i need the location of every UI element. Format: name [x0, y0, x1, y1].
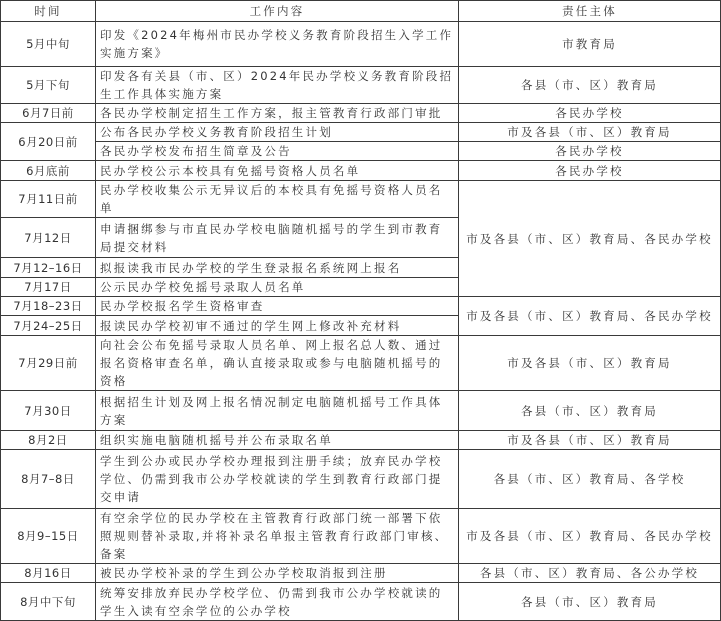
time-cell: 7月11日前 [1, 181, 96, 218]
time-cell: 5月中旬 [1, 22, 96, 67]
table-row: 7月29日前 向社会公布免摇号录取人员名单、网上报名总人数、通过报名资格审查名单… [1, 336, 721, 391]
task-cell: 公布各民办学校义务教育阶段招生计划 [96, 123, 459, 142]
responsible-cell: 市及各县（市、区）教育局、各民办学校 [459, 297, 721, 336]
table-row: 7月18–23日 民办学校报名学生资格审查 市及各县（市、区）教育局、各民办学校 [1, 297, 721, 316]
task-cell: 印发各有关县（市、区）2024年民办学校义务教育阶段招生工作具体实施方案 [96, 67, 459, 104]
time-cell: 7月12–16日 [1, 258, 96, 278]
table-row: 6月底前 民办学校公示本校具有免摇号资格人员名单 各民办学校 [1, 161, 721, 181]
time-cell: 8月9–15日 [1, 509, 96, 564]
time-cell: 7月24–25日 [1, 316, 96, 336]
responsible-cell: 市教育局 [459, 22, 721, 67]
task-cell: 根据招生计划及网上报名情况制定电脑随机摇号工作具体方案 [96, 391, 459, 431]
task-cell: 印发《2024年梅州市民办学校义务教育阶段招生入学工作实施方案》 [96, 22, 459, 67]
task-cell: 组织实施电脑随机摇号并公布录取名单 [96, 431, 459, 450]
task-cell: 拟报读我市民办学校的学生登录报名系统网上报名 [96, 258, 459, 278]
time-cell: 8月7–8日 [1, 450, 96, 509]
task-cell: 各民办学校制定招生工作方案，报主管教育行政部门审批 [96, 104, 459, 123]
header-task: 工作内容 [96, 1, 459, 22]
time-cell: 7月17日 [1, 278, 96, 297]
header-row: 时间 工作内容 责任主体 [1, 1, 721, 22]
table-row: 5月下旬 印发各有关县（市、区）2024年民办学校义务教育阶段招生工作具体实施方… [1, 67, 721, 104]
header-responsible: 责任主体 [459, 1, 721, 22]
table-row: 5月中旬 印发《2024年梅州市民办学校义务教育阶段招生入学工作实施方案》 市教… [1, 22, 721, 67]
responsible-cell: 各县（市、区）教育局 [459, 391, 721, 431]
time-cell: 6月20日前 [1, 123, 96, 161]
time-cell: 5月下旬 [1, 67, 96, 104]
responsible-cell: 市及各县（市、区）教育局 [459, 431, 721, 450]
responsible-cell: 市及各县（市、区）教育局、各民办学校 [459, 509, 721, 564]
task-cell: 学生到公办或民办学校办理报到注册手续；放弃民办学校学位、仍需到我市公办学校就读的… [96, 450, 459, 509]
table-row: 6月20日前 公布各民办学校义务教育阶段招生计划 市及各县（市、区）教育局 [1, 123, 721, 142]
task-cell: 报读民办学校初审不通过的学生网上修改补充材料 [96, 316, 459, 336]
time-cell: 6月7日前 [1, 104, 96, 123]
time-cell: 7月29日前 [1, 336, 96, 391]
table-row: 8月7–8日 学生到公办或民办学校办理报到注册手续；放弃民办学校学位、仍需到我市… [1, 450, 721, 509]
task-cell: 有空余学位的民办学校在主管教育行政部门统一部署下依照规则替补录取,并将补录名单报… [96, 509, 459, 564]
table-row: 各民办学校发布招生简章及公告 各民办学校 [1, 142, 721, 161]
task-cell: 公示民办学校免摇号录取人员名单 [96, 278, 459, 297]
task-cell: 向社会公布免摇号录取人员名单、网上报名总人数、通过报名资格审查名单，确认直接录取… [96, 336, 459, 391]
table-row: 8月2日 组织实施电脑随机摇号并公布录取名单 市及各县（市、区）教育局 [1, 431, 721, 450]
responsible-cell: 各县（市、区）教育局、各学校 [459, 450, 721, 509]
responsible-cell: 各民办学校 [459, 161, 721, 181]
time-cell: 7月12日 [1, 218, 96, 258]
table-row: 8月9–15日 有空余学位的民办学校在主管教育行政部门统一部署下依照规则替补录取… [1, 509, 721, 564]
enrollment-schedule-table: 时间 工作内容 责任主体 5月中旬 印发《2024年梅州市民办学校义务教育阶段招… [0, 0, 721, 563]
table-row: 7月30日 根据招生计划及网上报名情况制定电脑随机摇号工作具体方案 各县（市、区… [1, 391, 721, 431]
time-cell: 8月2日 [1, 431, 96, 450]
responsible-cell: 市及各县（市、区）教育局 [459, 336, 721, 391]
task-cell: 民办学校公示本校具有免摇号资格人员名单 [96, 161, 459, 181]
responsible-cell: 各民办学校 [459, 104, 721, 123]
responsible-cell: 市及各县（市、区）教育局 [459, 123, 721, 142]
table-row: 7月11日前 民办学校收集公示无异议后的本校具有免摇号资格人员名单 市及各县（市… [1, 181, 721, 218]
task-cell: 民办学校报名学生资格审查 [96, 297, 459, 316]
responsible-cell: 市及各县（市、区）教育局、各民办学校 [459, 181, 721, 297]
time-cell: 6月底前 [1, 161, 96, 181]
table-row: 6月7日前 各民办学校制定招生工作方案，报主管教育行政部门审批 各民办学校 [1, 104, 721, 123]
task-cell: 各民办学校发布招生简章及公告 [96, 142, 459, 161]
responsible-cell: 各县（市、区）教育局 [459, 67, 721, 104]
task-cell: 申请捆绑参与市直民办学校电脑随机摇号的学生到市教育局提交材料 [96, 218, 459, 258]
task-cell: 民办学校收集公示无异议后的本校具有免摇号资格人员名单 [96, 181, 459, 218]
time-cell: 7月30日 [1, 391, 96, 431]
header-time: 时间 [1, 1, 96, 22]
responsible-cell: 各民办学校 [459, 142, 721, 161]
time-cell: 7月18–23日 [1, 297, 96, 316]
